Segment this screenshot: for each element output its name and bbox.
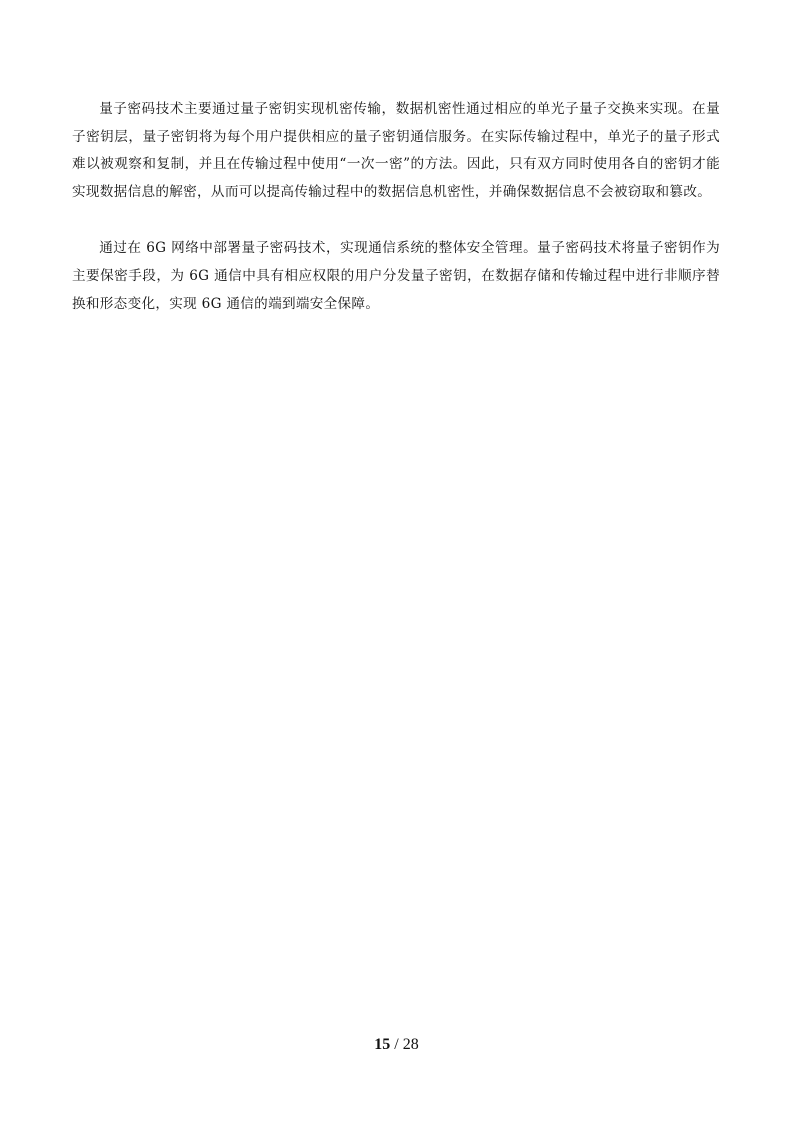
document-body: 量子密码技术主要通过量子密钥实现机密传输，数据机密性通过相应的单光子量子交换来实… — [72, 96, 720, 318]
page-number: 15 / 28 — [0, 1036, 793, 1054]
paragraph-6g-quantum-deployment: 通过在 6G 网络中部署量子密码技术，实现通信系统的整体安全管理。量子密码技术将… — [72, 235, 720, 318]
page-separator: / — [390, 1036, 402, 1053]
current-page-number: 15 — [374, 1036, 390, 1053]
paragraph-quantum-key-transmission: 量子密码技术主要通过量子密钥实现机密传输，数据机密性通过相应的单光子量子交换来实… — [72, 96, 720, 206]
total-pages: 28 — [403, 1036, 419, 1053]
